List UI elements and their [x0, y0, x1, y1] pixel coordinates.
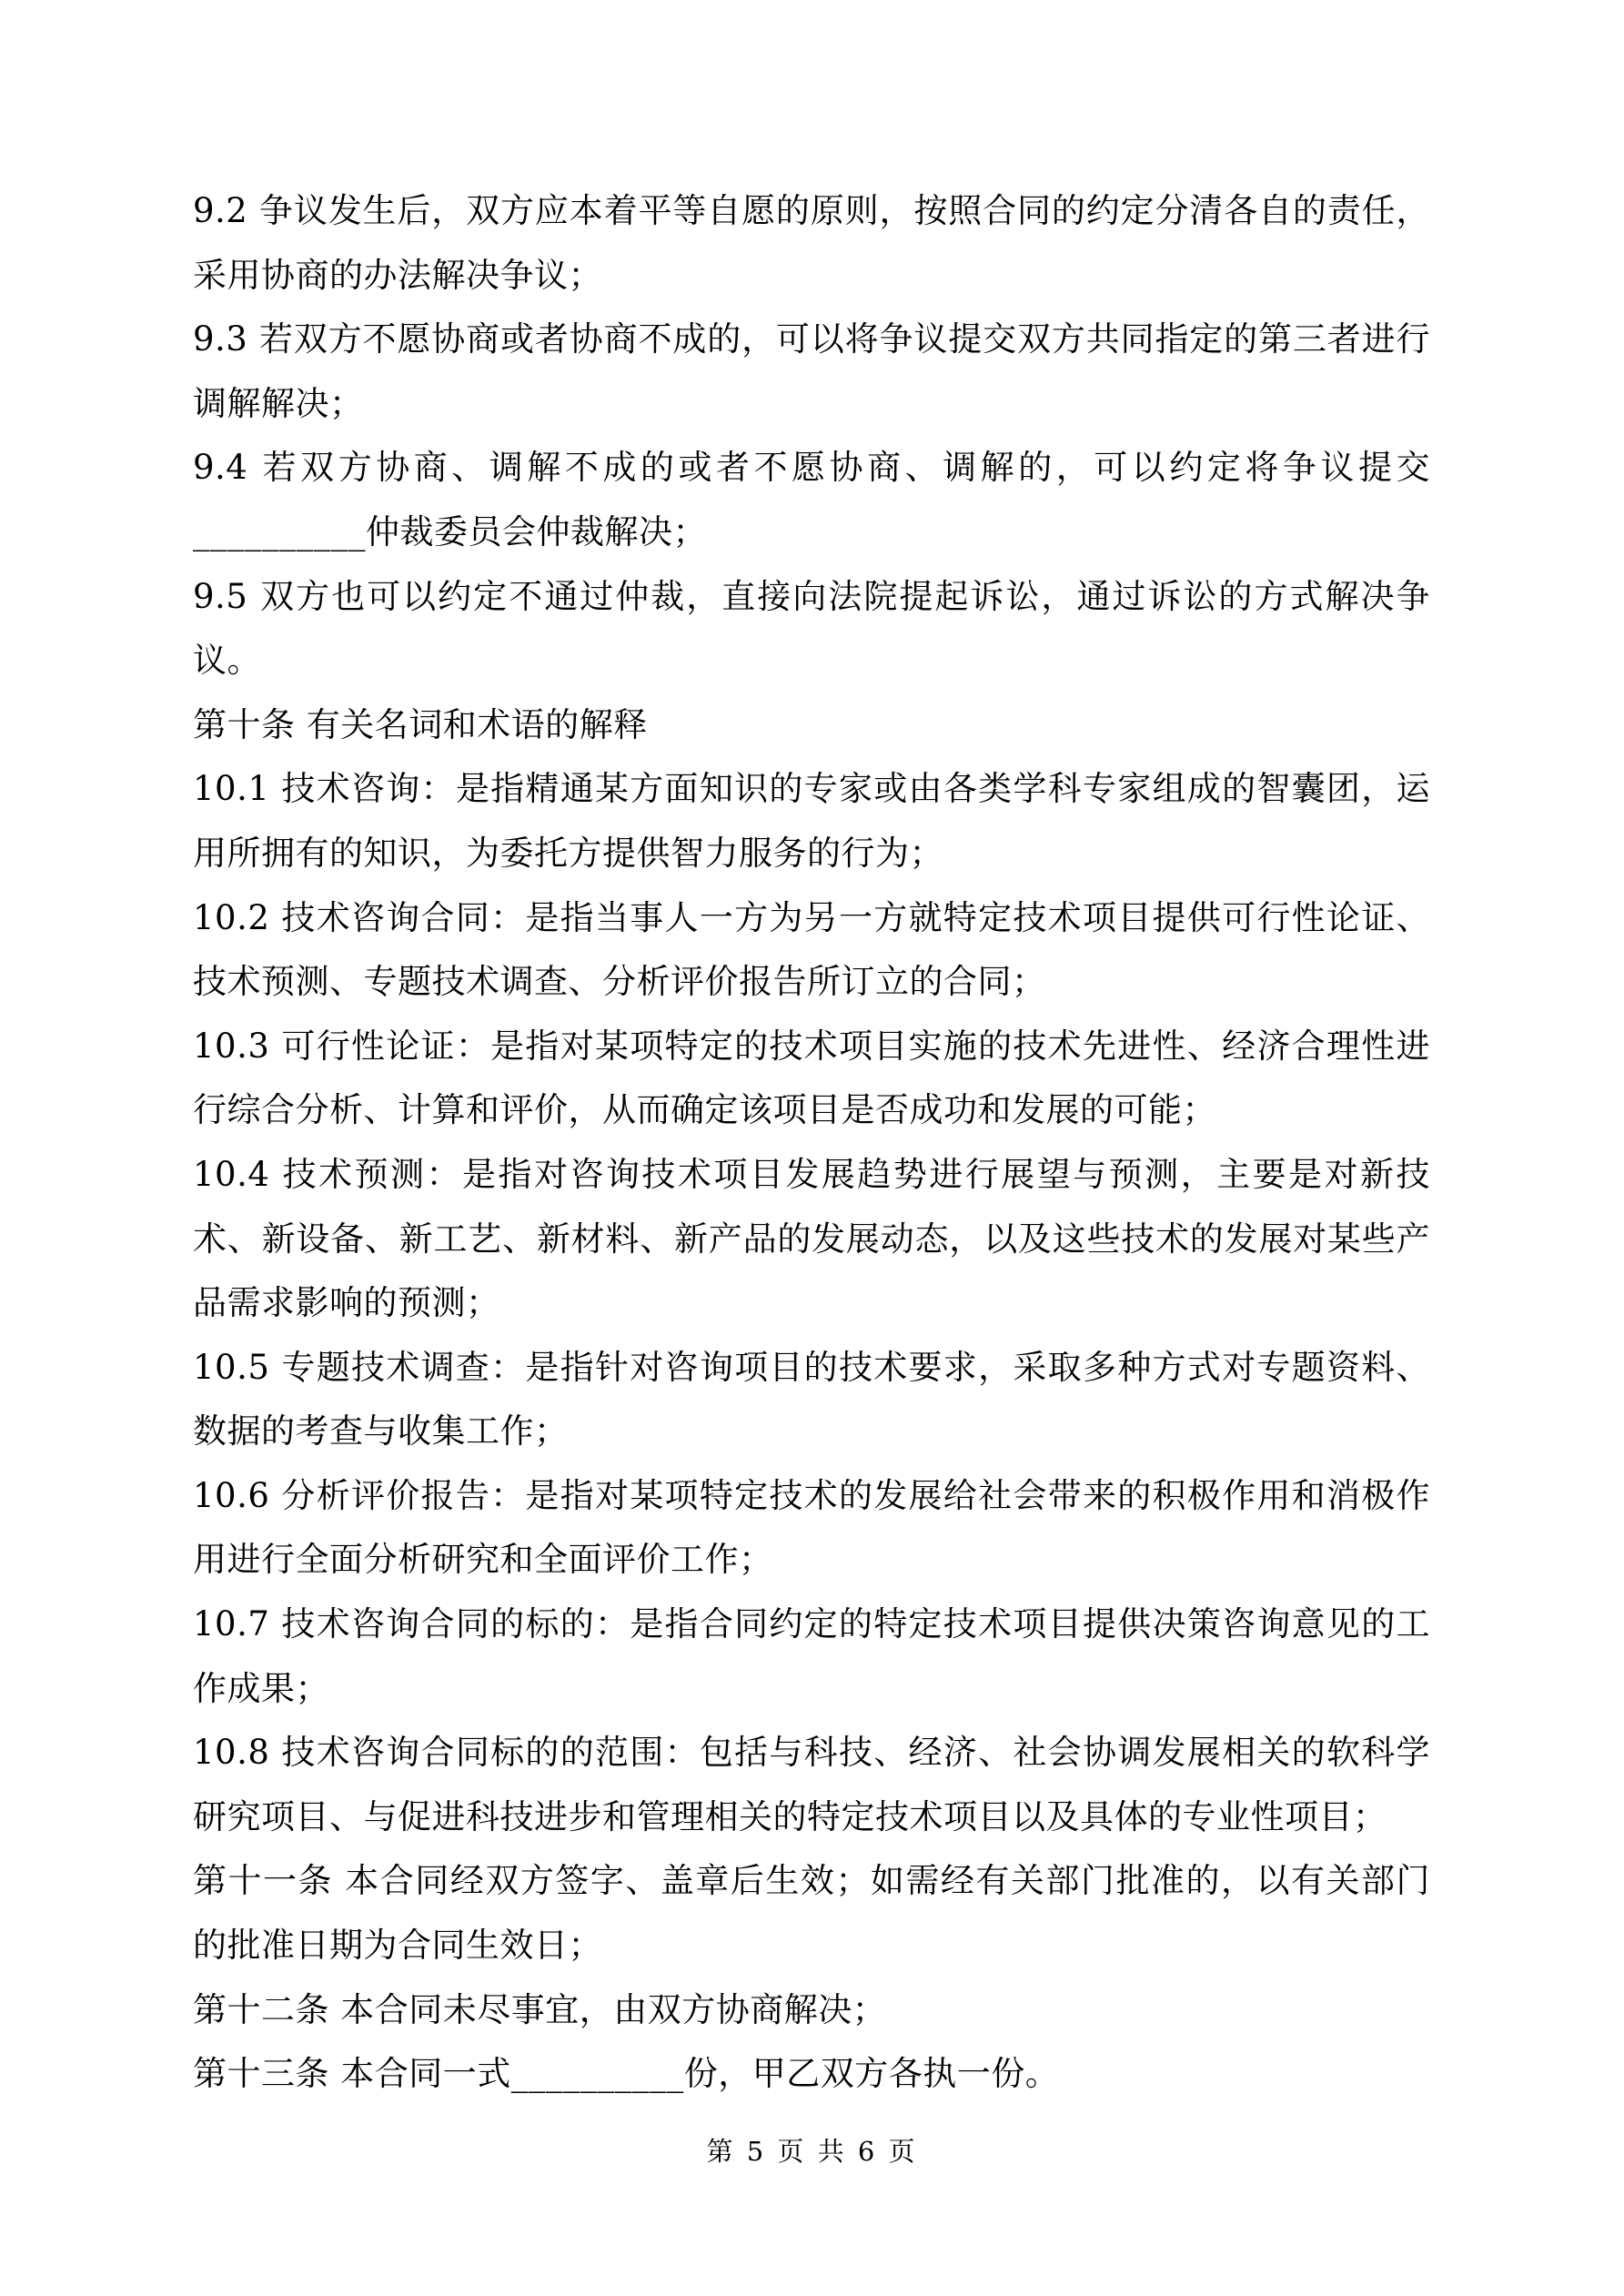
page-number-footer: 第 5 页 共 6 页: [0, 2131, 1624, 2169]
paragraph: 第十一条 本合同经双方签字、盖章后生效；如需经有关部门批准的，以有关部门的批准日…: [193, 1849, 1430, 1977]
document-page: 9.2 争议发生后，双方应本着平等自愿的原则，按照合同的约定分清各自的责任，采用…: [0, 0, 1624, 2296]
paragraph: 9.3 若双方不愿协商或者协商不成的，可以将争议提交双方共同指定的第三者进行调解…: [193, 308, 1430, 436]
paragraph: 9.2 争议发生后，双方应本着平等自愿的原则，按照合同的约定分清各自的责任，采用…: [193, 179, 1430, 308]
paragraph: 10.4 技术预测：是指对咨询技术项目发展趋势进行展望与预测，主要是对新技术、新…: [193, 1143, 1430, 1336]
paragraph: 9.5 双方也可以约定不通过仲裁，直接向法院提起诉讼，通过诉讼的方式解决争议。: [193, 565, 1430, 693]
paragraph: 10.2 技术咨询合同：是指当事人一方为另一方就特定技术项目提供可行性论证、技术…: [193, 886, 1430, 1015]
paragraph: 10.1 技术咨询：是指精通某方面知识的专家或由各类学科专家组成的智囊团，运用所…: [193, 757, 1430, 885]
paragraph: 第十条 有关名词和术语的解释: [193, 693, 1430, 758]
paragraph: 第十三条 本合同一式__________份，甲乙双方各执一份。: [193, 2042, 1430, 2107]
paragraph: 10.7 技术咨询合同的标的：是指合同约定的特定技术项目提供决策咨询意见的工作成…: [193, 1593, 1430, 1721]
contract-text-body: 9.2 争议发生后，双方应本着平等自愿的原则，按照合同的约定分清各自的责任，采用…: [193, 179, 1430, 2107]
paragraph: 10.6 分析评价报告：是指对某项特定技术的发展给社会带来的积极作用和消极作用进…: [193, 1464, 1430, 1593]
paragraph: 10.5 专题技术调查：是指针对咨询项目的技术要求，采取多种方式对专题资料、数据…: [193, 1336, 1430, 1464]
paragraph: 10.3 可行性论证：是指对某项特定的技术项目实施的技术先进性、经济合理性进行综…: [193, 1015, 1430, 1143]
paragraph: 9.4 若双方协商、调解不成的或者不愿协商、调解的，可以约定将争议提交_____…: [193, 436, 1430, 564]
paragraph: 第十二条 本合同未尽事宜，由双方协商解决；: [193, 1978, 1430, 2043]
paragraph: 10.8 技术咨询合同标的的范围：包括与科技、经济、社会协调发展相关的软科学研究…: [193, 1721, 1430, 1849]
